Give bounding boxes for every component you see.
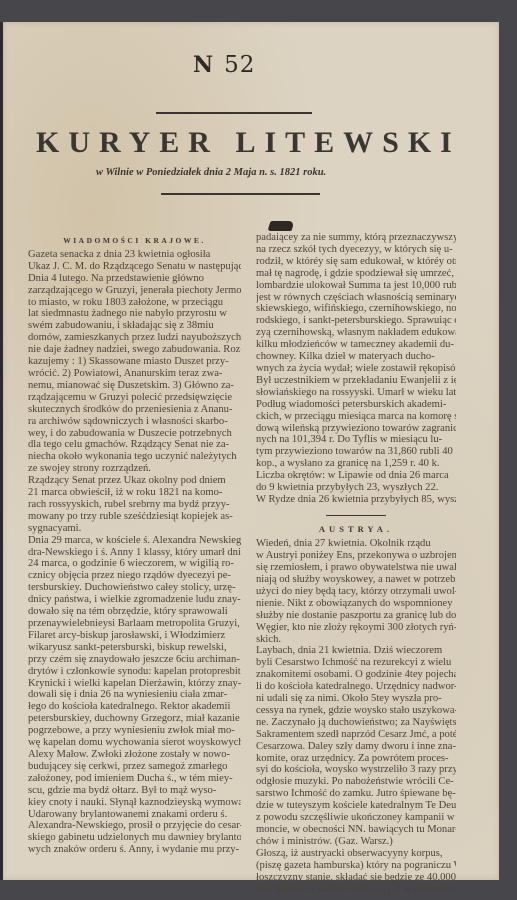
text-line: Liczba okrętów: w Lipawie od dnia 26 mar… bbox=[256, 470, 456, 482]
text-line: rodskiego, i sankt-petersburskiego. Spra… bbox=[256, 315, 456, 327]
text-line: rodził, w któréy się sam edukował, w któ… bbox=[256, 256, 456, 268]
text-line: W Rydze dnia 26 kwietnia przybyłych 85, … bbox=[256, 494, 456, 506]
text-line: Sakramentem szedł naprzód Cesarz Jmć, a … bbox=[256, 729, 456, 741]
masthead-bottom-rule bbox=[161, 193, 320, 195]
text-line: syi do kościoła, woysko wystrzeliło 3 ra… bbox=[256, 764, 456, 776]
text-line: skiego gabinetu udzielonych mu dawniey b… bbox=[28, 832, 241, 844]
text-line: Cesarzowa. Daley szły damy dworu i inne … bbox=[256, 741, 456, 753]
text-line: scu, gdzie ma bydź ołtarz. Był to mąż wy… bbox=[28, 785, 241, 797]
text-line: kilku młodzieńców w tameczney akademii d… bbox=[256, 339, 456, 351]
text-line: 21 marca obwieścił, iż w roku 1821 na ko… bbox=[28, 487, 241, 499]
dateline: w Wilnie w Poniedziałek dnia 2 Maja n. s… bbox=[96, 167, 326, 178]
text-line: Filaret arcy-biskup jarosławski, i Włodz… bbox=[28, 630, 241, 642]
text-line: łoszczyzny stanie, składać się będzie ze… bbox=[256, 872, 456, 884]
section-title-austria: AUSTRYA. bbox=[256, 524, 456, 536]
text-line: niają od służby woyskowey, a nawet w pot… bbox=[256, 574, 456, 586]
text-line: wikaryusz sankt-petersburski, biskup rew… bbox=[28, 642, 241, 654]
text-line: moncie, w obecności NN. bawiących tu Mon… bbox=[256, 824, 456, 836]
text-line: tym przywieziono towarów na 31,860 rubli… bbox=[256, 446, 456, 458]
left-column: WIADOMOŚCI KRAJOWE. Gazeta senacka z dni… bbox=[28, 232, 241, 856]
text-line: chów i ministrów. (Gaz. Warsz.) bbox=[256, 836, 456, 848]
text-line: pogrzebowe, a przy wyniesieniu zwłok mia… bbox=[28, 725, 241, 737]
text-line: przenaywielebnieysi Barlaam metropolita … bbox=[28, 618, 241, 630]
text-line: Węgier, kto nie złoży rękoymi 300 złotyc… bbox=[256, 622, 456, 634]
text-line: domów, zamieszkanych przez ludzi nayuboż… bbox=[28, 332, 241, 344]
masthead-top-rule bbox=[156, 112, 312, 114]
text-line: słowiańskiego na rossyyski. Umarł w wiek… bbox=[256, 387, 456, 399]
text-line: ni udali się za nimi. Około 5tey wyszła … bbox=[256, 693, 456, 705]
text-line: odgłosie muzyki. Po nabożeństwie wrócili… bbox=[256, 776, 456, 788]
text-line: dra-Newskiego i ś. Anny 1 klassy, który … bbox=[28, 547, 241, 559]
text-line: Rządzący Senat przez Ukaz okolny pod dni… bbox=[28, 475, 241, 487]
text-line: jest w równych częściach własnością semi… bbox=[256, 292, 456, 304]
text-line: ne. Zaczynało ją duchowieństwo; za Nayśw… bbox=[256, 717, 456, 729]
text-line: ra archiwów sądowniczych i własności ska… bbox=[28, 416, 241, 428]
text-line: ze swojey strony rozrządzeń. bbox=[28, 463, 241, 475]
text-line: cznicy objęcia przez niego rządów dyecez… bbox=[28, 570, 241, 582]
text-line: sygnacyami. bbox=[28, 523, 241, 535]
text-line: Ukaz J. C. M. do Rządzącego Senatu w nas… bbox=[28, 261, 241, 273]
text-line: znakomitemi osobami. O godzinie 4tey poj… bbox=[256, 669, 456, 681]
text-line: mał tę nagrodę, i gdzie spodziewał się u… bbox=[256, 268, 456, 280]
text-line: skiewskiego, wifińskiego, czernihowskieg… bbox=[256, 303, 456, 315]
text-line: wrócić. 2) Powiatowi, Ananurskim teraz z… bbox=[28, 368, 241, 380]
text-line: skutecznych środków do przeniesienia z A… bbox=[28, 404, 241, 416]
section-divider bbox=[326, 515, 386, 517]
text-line: nych na 101,394 r. Do Tyflis w miesiącu … bbox=[256, 434, 456, 446]
text-line: to miasto, w roku 1803 założone, w przec… bbox=[28, 297, 241, 309]
text-line: Laybach, dnia 21 kwietnia. Dziś wieczore… bbox=[256, 645, 456, 657]
number-symbol: N bbox=[193, 52, 214, 78]
text-line: zyą czernihowską, własnym nakładem eduko… bbox=[256, 327, 456, 339]
text-line: Alexy Małow. Zwłoki złożone zostały w no… bbox=[28, 749, 241, 761]
text-line: z powodu szczęśliwie ukończoney kampanii… bbox=[256, 812, 456, 824]
text-line: rach rossyyskich, rubel srebrny ma bydź … bbox=[28, 499, 241, 511]
text-line: budującey się cerkwi, przez samegoż zmar… bbox=[28, 761, 241, 773]
text-line: na rzecz szkół tych dyecezyy, w których … bbox=[256, 244, 456, 256]
right-column: padaiącey za nie summy, którą przeznaczy… bbox=[256, 232, 456, 895]
text-line: wnych za życia wydał; wiele zostawił ręk… bbox=[256, 363, 456, 375]
text-line: nie daje żadney nadziei, swego zabudowan… bbox=[28, 344, 241, 356]
text-line: Był uczestnikiem w przekładaniu Ewanjeli… bbox=[256, 375, 456, 387]
text-line: łego do kościoła katedralnego. Rektor ak… bbox=[28, 701, 241, 713]
text-line: komite, oraz urzędnicy. Za powrótem proc… bbox=[256, 753, 456, 765]
text-line: petersburskiey, duchowny Grzegorz, miał … bbox=[28, 713, 241, 725]
text-line: służby nie dostanie paszportu za granicę… bbox=[256, 610, 456, 622]
text-line: cessya na rynek, gdzie woysko stało uszy… bbox=[256, 705, 456, 717]
text-line: się rzemiosłem, i prawo obywatelstwa nie… bbox=[256, 562, 456, 574]
text-line: rządzającemu w Gruzyi polecić przedsięwz… bbox=[28, 392, 241, 404]
text-line: przy czém się znaydowało jeszcze 6ciu ar… bbox=[28, 654, 241, 666]
text-line: ckich, w przeciągu miesiąca marca na kom… bbox=[256, 411, 456, 423]
text-line: tersburskiey. Duchowieństwo całey stolic… bbox=[28, 582, 241, 594]
text-line: dowali się i dnia 26 na wyniesieniu ciał… bbox=[28, 689, 241, 701]
text-line: Gazeta senacka z dnia 23 kwietnia ogłosi… bbox=[28, 249, 241, 261]
text-line: mowany po trzy ruble sześćdziesiąt kopie… bbox=[28, 511, 241, 523]
text-line: użyci do niey będą tacy, którzy otrzymal… bbox=[256, 586, 456, 598]
text-line: lombardzie ulokował Summa ta jest 10,000… bbox=[256, 280, 456, 292]
text-line: swém zabudowaniu, i składając się z 38mi… bbox=[28, 320, 241, 332]
text-line: Udarowany brylantowanemi znakami orderu … bbox=[28, 809, 241, 821]
text-line: nienie. Nikt z obowiązanych do wspomnion… bbox=[256, 598, 456, 610]
text-line: lat siedmnastu żadnego nie nabyło przyro… bbox=[28, 308, 241, 320]
issue-number-value: 52 bbox=[224, 52, 255, 78]
text-line: Głoszą, iż austryacki obserwacyyny korpu… bbox=[256, 848, 456, 860]
text-line: w Austryi poniżey Ens, przekonywa o uzbr… bbox=[256, 550, 456, 562]
text-line: skich. bbox=[256, 634, 456, 646]
text-line: 24 marca, o godzinie 6 wieczorem, w wigi… bbox=[28, 558, 241, 570]
text-line: dzi. Będące w Galicyi półki są już w poc… bbox=[256, 884, 456, 896]
ink-blot bbox=[267, 221, 294, 231]
text-line: założoney, pod imieniem Ducha ś., w tém … bbox=[28, 773, 241, 785]
text-line: kazujemy : 1) Skassowane miasto Duszet p… bbox=[28, 356, 241, 368]
text-line: dzie w tuteyszym kościele katedralnym Te… bbox=[256, 800, 456, 812]
text-line: nemu, mianować się Duszetskim. 3) Główno… bbox=[28, 380, 241, 392]
section-title-domestic-news: WIADOMOŚCI KRAJOWE. bbox=[28, 235, 241, 247]
text-line: niecha około wykonania tego uczynić nale… bbox=[28, 451, 241, 463]
text-line: byli Cesarstwo Ichmość na rezurekcyi z w… bbox=[256, 657, 456, 669]
text-line: Podług wiadomości petersburskich akademi… bbox=[256, 399, 456, 411]
text-line: kiey cnoty i nauki. Słynął kaznodzieyską… bbox=[28, 797, 241, 809]
text-line: Dnia 4 lutego. Na przedstawienie główno bbox=[28, 273, 241, 285]
text-line: zarządzającego w Gruzyi, jenerała piecho… bbox=[28, 285, 241, 297]
left-column-text: Gazeta senacka z dnia 23 kwietnia ogłosi… bbox=[28, 249, 241, 856]
text-line: kop., a wysłano za granicę na 1,259 r. 4… bbox=[256, 458, 456, 470]
text-line: wey, i do zabudowania w Duszecie potrzeb… bbox=[28, 428, 241, 440]
text-line: sarstwo Ichmość do zamku. Jutro śpiewane… bbox=[256, 788, 456, 800]
issue-number: N52 bbox=[193, 52, 255, 78]
newspaper-title: KURYER LITEWSKI bbox=[36, 126, 456, 160]
text-line: padaiącey za nie summy, którą przeznaczy… bbox=[256, 232, 456, 244]
text-line: dowało się na tém obrzędzie, który spraw… bbox=[28, 606, 241, 618]
right-column-text: padaiącey za nie summy, którą przeznaczy… bbox=[256, 232, 456, 506]
text-line: dla tego celu gmachów. Rządzący Senat ni… bbox=[28, 439, 241, 451]
text-line: dową wileńską przywieziono towarów zagra… bbox=[256, 423, 456, 435]
text-line: Wiedeń, dnia 27 kwietnia. Okolnik rządu bbox=[256, 538, 456, 550]
text-line: Alexandra-Newskiego, prosił o przyjęcie … bbox=[28, 820, 241, 832]
text-line: li do kościoła katedralnego. Urzędnicy n… bbox=[256, 681, 456, 693]
text-line: do 9 kwietnia przybyłych 23, wyszłych 22… bbox=[256, 482, 456, 494]
text-line: wę kapelan domu wychowania sierot woysko… bbox=[28, 737, 241, 749]
text-line: (piszę gazeta hamburska) który na pogran… bbox=[256, 860, 456, 872]
text-line: wych znaków orderu ś. Anny, i wydanie mu… bbox=[28, 844, 241, 856]
text-line: Dnia 29 marca, w kościele ś. Alexandra N… bbox=[28, 535, 241, 547]
text-line: dnicy państwa, i wielkie zgromadzenie lu… bbox=[28, 594, 241, 606]
text-line: chowney. Kilka dzieł w materyach ducho- bbox=[256, 351, 456, 363]
text-line: drytów i członkowie synodu: kapelan prot… bbox=[28, 666, 241, 678]
text-line: Krynicki i wielki kapelan Dierżawin, któ… bbox=[28, 678, 241, 690]
austria-section-text: Wiedeń, dnia 27 kwietnia. Okolnik rząduw… bbox=[256, 538, 456, 895]
